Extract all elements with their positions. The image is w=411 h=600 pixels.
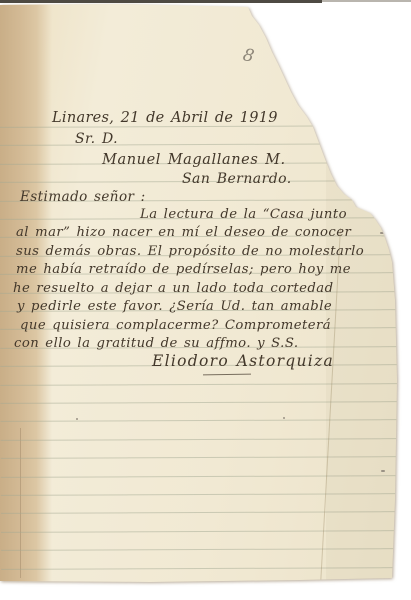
salutation: Estimado señor : — [20, 189, 146, 205]
body-line: sus demás obras. El propósito de no mole… — [16, 244, 364, 259]
body-line: La lectura de la “Casa junto — [140, 207, 347, 222]
body-line: con ello la gratitud de su affmo. y S.S. — [14, 336, 298, 351]
scanned-letter-page: 8 Linares, 21 de Abril de 1919 Sr. D. Ma… — [0, 0, 411, 600]
fold-tint-region — [326, 118, 398, 580]
body-line: me había retraído de pedírselas; pero ho… — [16, 262, 351, 277]
paper-speck — [380, 232, 385, 234]
torn-manuscript-paper: 8 Linares, 21 de Abril de 1919 Sr. D. Ma… — [0, 0, 411, 600]
body-line: que quisiera complacerme? Comprometerá — [20, 318, 331, 333]
body-line: he resuelto a dejar a un lado toda corte… — [13, 281, 334, 296]
recipient-name: Manuel Magallanes M. — [102, 152, 286, 168]
paper-shadow-wrap: 8 Linares, 21 de Abril de 1919 Sr. D. Ma… — [0, 0, 411, 600]
ruled-line — [0, 143, 410, 146]
body-line: y pedirle este favor. ¿Sería Ud. tan ama… — [17, 299, 332, 314]
body-line: al mar” hizo nacer en mí el deseo de con… — [16, 225, 351, 240]
date-line: Linares, 21 de Abril de 1919 — [52, 110, 278, 126]
signature: Eliodoro Astorquiza — [152, 352, 334, 370]
recipient-honorific: Sr. D. — [75, 131, 118, 147]
paper-speck — [76, 418, 78, 420]
paper-speck — [381, 470, 385, 472]
recipient-city: San Bernardo. — [182, 171, 292, 187]
paper-speck — [283, 417, 285, 419]
